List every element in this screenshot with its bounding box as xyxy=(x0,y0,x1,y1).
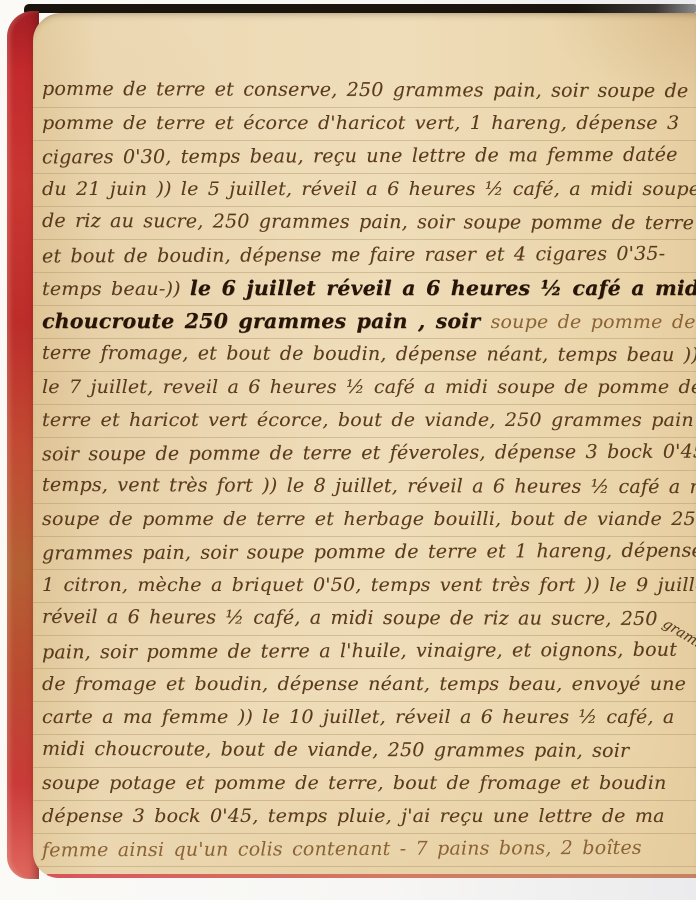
handwritten-line-7: temps beau-)) le 6 juillet réveil a 6 he… xyxy=(42,272,696,305)
handwritten-line-23: dépense 3 bock 0'45, temps pluie, j'ai r… xyxy=(42,800,696,833)
handwriting-segment: 1 citron, mèche a briquet 0'50, temps ve… xyxy=(42,574,696,596)
handwritten-line-8: choucroute 250 grammes pain , soir soupe… xyxy=(42,305,696,338)
handwritten-line-17: réveil a 6 heures ½ café, a midi soupe d… xyxy=(42,601,696,636)
handwritten-line-20: carte a ma femme )) le 10 juillet, révei… xyxy=(42,701,696,734)
handwritten-line-14: soupe de pomme de terre et herbage bouil… xyxy=(42,503,696,536)
handwritten-line-18: pain, soir pomme de terre a l'huile, vin… xyxy=(42,634,696,670)
handwriting-segment: pomme de terre et conserve, 250 grammes … xyxy=(42,78,688,102)
handwritten-line-16: 1 citron, mèche a briquet 0'50, temps ve… xyxy=(42,569,696,602)
notebook-page: pomme de terre et conserve, 250 grammes … xyxy=(33,13,696,878)
handwritten-line-19: de fromage et boudin, dépense néant, tem… xyxy=(42,668,696,701)
handwritten-line-6: et bout de boudin, dépense me faire rase… xyxy=(42,238,696,274)
handwriting-segment: soupe potage et pomme de terre, bout de … xyxy=(42,772,666,794)
book-top-edge-shadow xyxy=(24,4,696,13)
handwriting-segment: réveil a 6 heures ½ café, a midi soupe d… xyxy=(42,606,667,630)
handwritten-line-2: pomme de terre et écorce d'haricot vert,… xyxy=(42,107,696,140)
handwriting-segment: de riz au sucre, 250 grammes pain, soir … xyxy=(42,210,694,234)
handwriting-segment: le 6 juillet réveil a 6 heures ½ café a … xyxy=(190,276,696,300)
handwriting-segment: choucroute 250 grammes pain , soir xyxy=(42,309,491,333)
handwriting-segment: soir soupe de pomme de terre et féverole… xyxy=(42,441,696,466)
handwriting-segment: carte a ma femme )) le 10 juillet, révei… xyxy=(42,706,674,728)
handwritten-line-15: grammes pain, soir soupe pomme de terre … xyxy=(42,535,696,571)
handwritten-line-22: soupe potage et pomme de terre, bout de … xyxy=(42,767,696,800)
handwriting-segment: midi choucroute, bout de viande, 250 gra… xyxy=(42,738,629,762)
handwriting-segment: pain, soir pomme de terre a l'huile, vin… xyxy=(42,639,677,664)
handwritten-line-11: terre et haricot vert écorce, bout de vi… xyxy=(42,404,696,437)
handwriting-segment: cigares 0'30, temps beau, reçu une lettr… xyxy=(42,144,678,169)
handwritten-line-21: midi choucroute, bout de viande, 250 gra… xyxy=(42,733,696,768)
handwritten-line-5: de riz au sucre, 250 grammes pain, soir … xyxy=(42,205,696,240)
handwriting-segment: dépense 3 bock 0'45, temps pluie, j'ai r… xyxy=(42,805,665,827)
handwriting-segment: terre fromage, et bout de boudin, dépens… xyxy=(42,342,696,366)
handwriting-segment: pomme de terre et écorce d'haricot vert,… xyxy=(42,112,679,134)
handwriting-segment: soupe de pomme de terre et herbage bouil… xyxy=(42,508,696,530)
handwriting-segment: terre et haricot vert écorce, bout de vi… xyxy=(42,409,694,431)
handwriting-segment: grammes pain, soir soupe pomme de terre … xyxy=(42,540,696,565)
handwritten-line-9: terre fromage, et bout de boudin, dépens… xyxy=(42,337,696,372)
handwritten-text: pomme de terre et conserve, 250 grammes … xyxy=(42,74,696,866)
handwriting-segment: de fromage et boudin, dépense néant, tem… xyxy=(42,673,686,695)
scanned-notebook: pomme de terre et conserve, 250 grammes … xyxy=(0,0,696,900)
handwriting-segment: temps beau-)) xyxy=(42,278,190,300)
handwriting-segment: le 7 juillet, reveil a 6 heures ½ café a… xyxy=(42,376,696,398)
handwriting-segment: du 21 juin )) le 5 juillet, réveil a 6 h… xyxy=(42,178,696,200)
handwriting-segment: soupe de pomme de xyxy=(491,311,696,333)
handwritten-line-3: cigares 0'30, temps beau, reçu une lettr… xyxy=(42,139,696,175)
handwritten-line-1: pomme de terre et conserve, 250 grammes … xyxy=(42,73,696,108)
handwriting-segment: femme ainsi qu'un colis contenant - 7 pa… xyxy=(42,837,642,862)
handwritten-line-13: temps, vent très fort )) le 8 juillet, r… xyxy=(42,469,696,504)
handwritten-line-4: du 21 juin )) le 5 juillet, réveil a 6 h… xyxy=(42,173,696,206)
handwriting-segment: temps, vent très fort )) le 8 juillet, r… xyxy=(42,474,696,498)
handwritten-line-24: femme ainsi qu'un colis contenant - 7 pa… xyxy=(42,832,696,868)
handwritten-line-10: le 7 juillet, reveil a 6 heures ½ café a… xyxy=(42,371,696,404)
page-bottom-edge xyxy=(47,874,696,878)
handwritten-line-12: soir soupe de pomme de terre et féverole… xyxy=(42,436,696,472)
handwriting-segment: et bout de boudin, dépense me faire rase… xyxy=(42,243,665,268)
diary-scan: { "document": { "description_label": "pa… xyxy=(0,0,696,900)
